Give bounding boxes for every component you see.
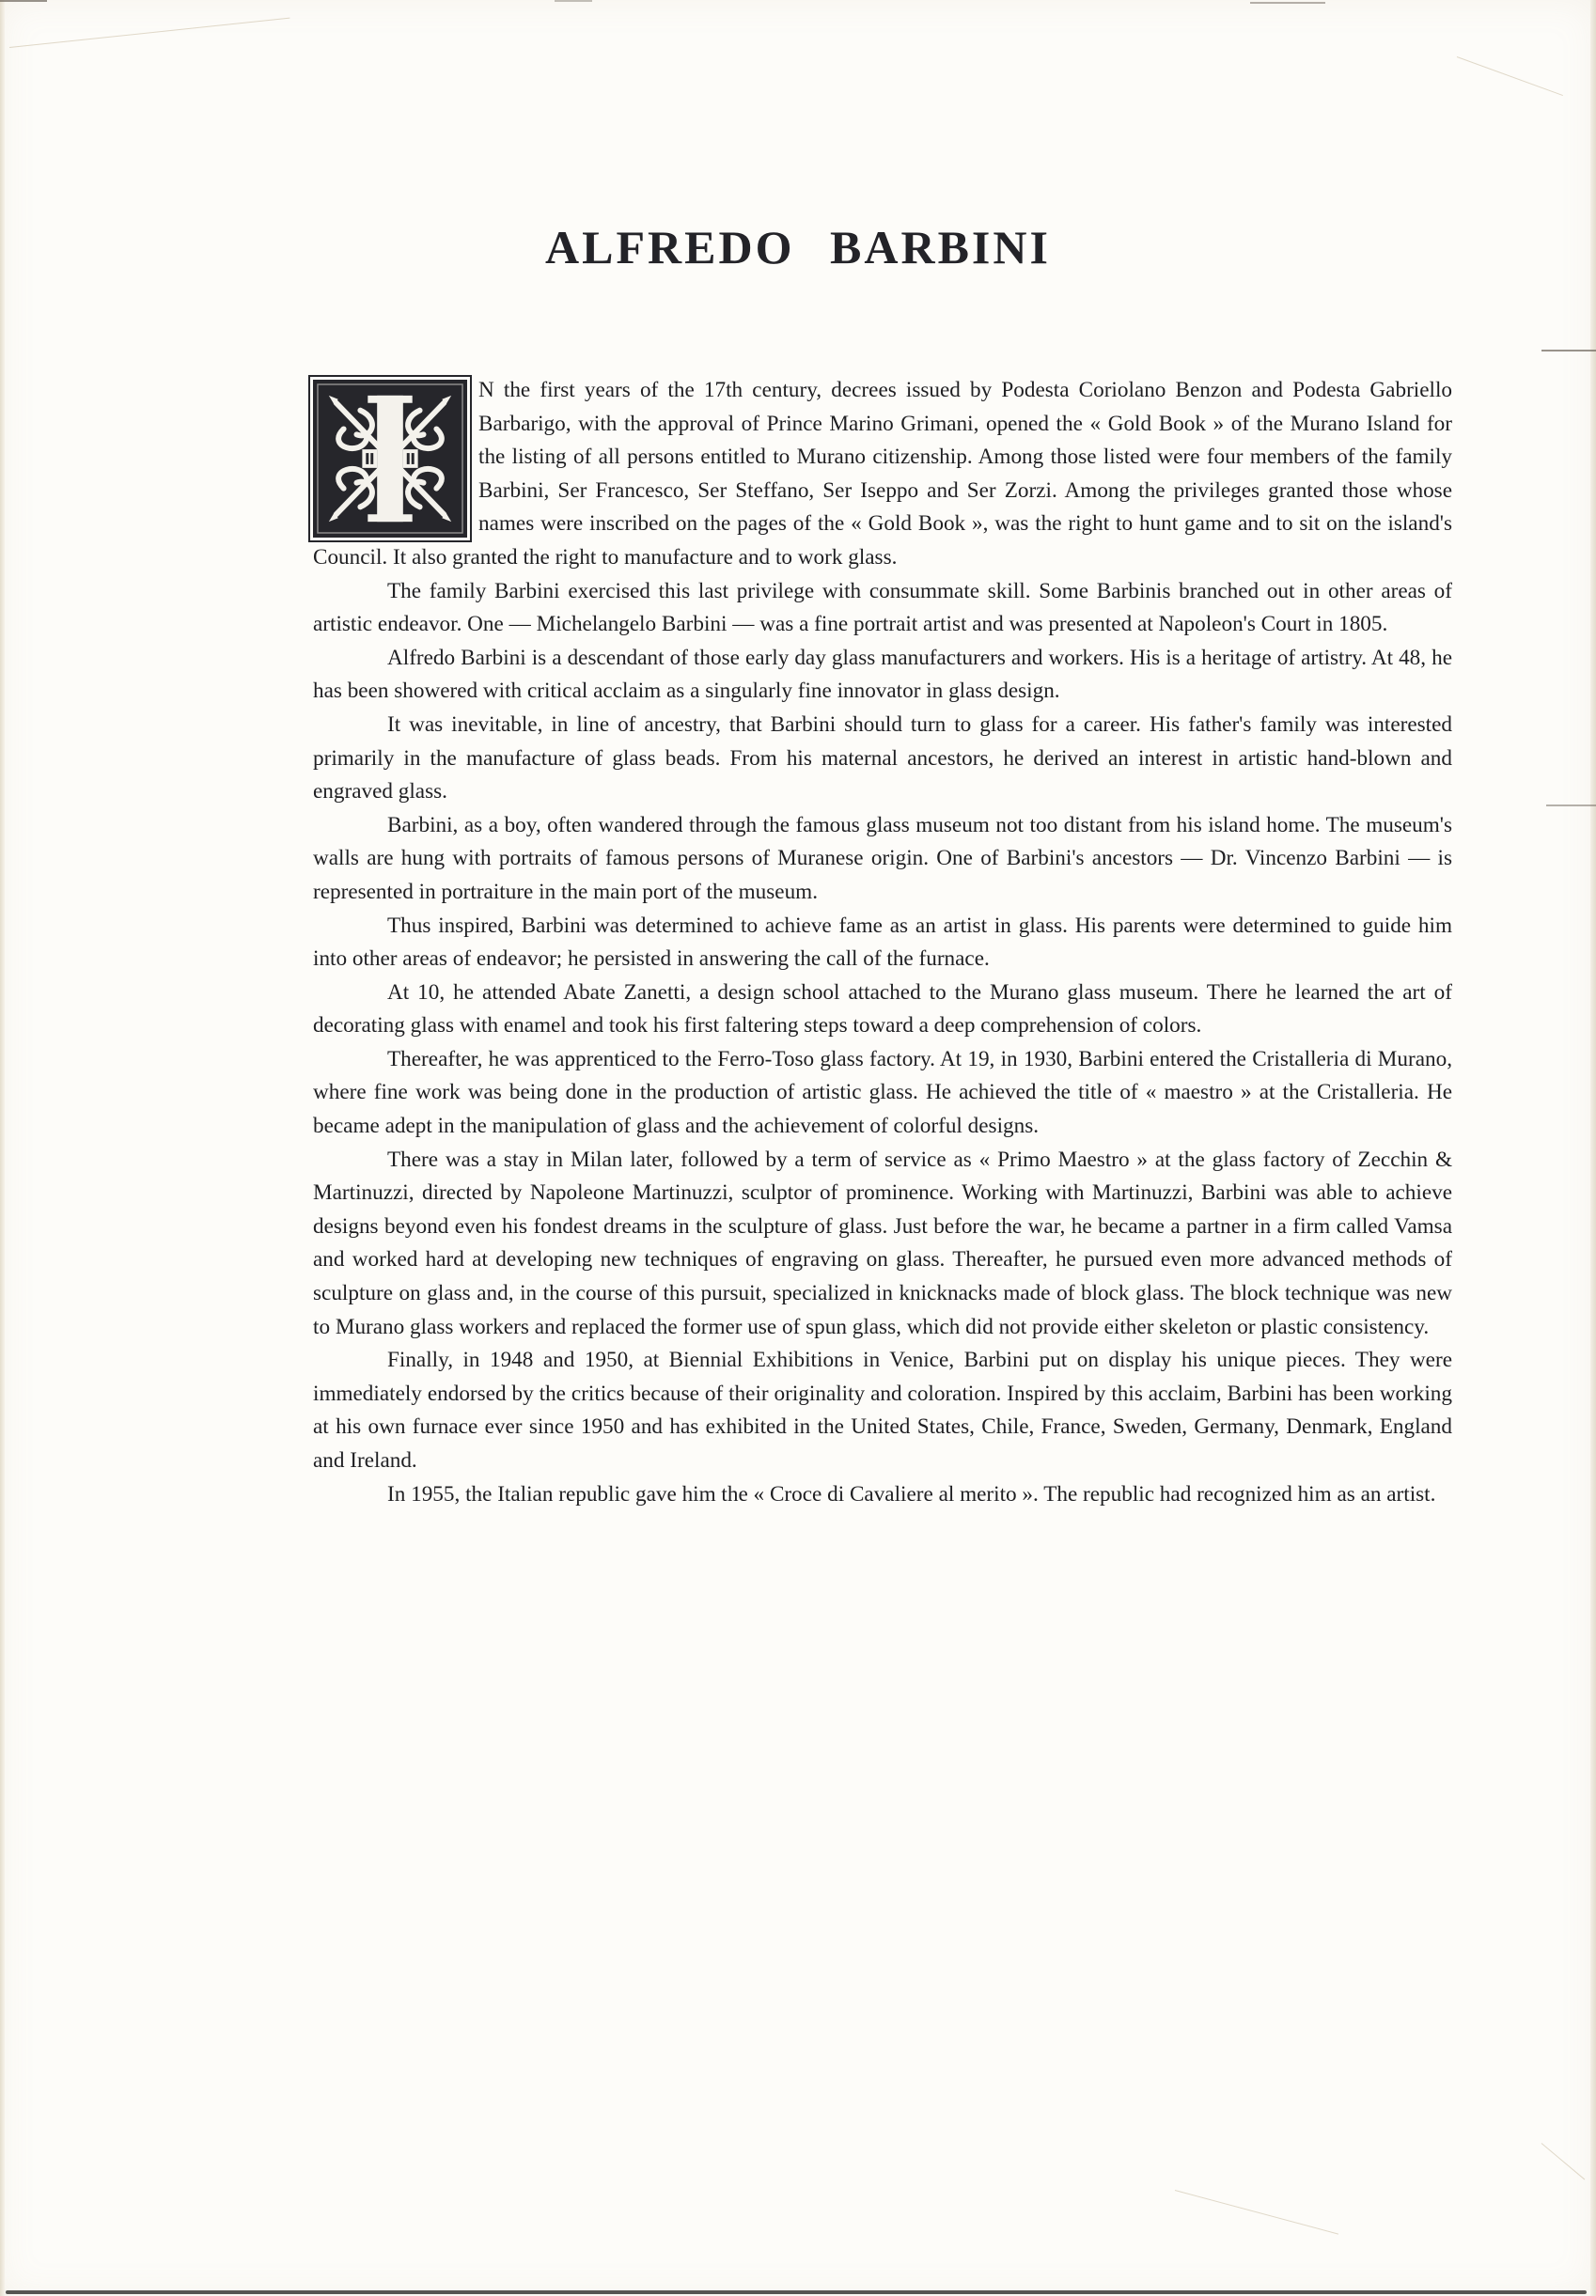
paper-tear-mark bbox=[1546, 804, 1596, 806]
paragraph: Thereafter, he was apprenticed to the Fe… bbox=[313, 1043, 1452, 1144]
paper-tear-mark bbox=[1541, 350, 1596, 351]
page-edge-right bbox=[1590, 0, 1596, 2296]
paragraph: There was a stay in Milan later, followe… bbox=[313, 1144, 1452, 1345]
paragraph-text: the first years of the 17th century, dec… bbox=[313, 378, 1452, 570]
paper-crease bbox=[1541, 2143, 1586, 2179]
document-page: ALFREDO BARBINI bbox=[0, 0, 1596, 2296]
paper-crease bbox=[1175, 2190, 1338, 2235]
paper-tear-mark bbox=[0, 0, 47, 2]
paragraph-lead: N bbox=[478, 378, 494, 402]
paragraph: Alfredo Barbini is a descendant of those… bbox=[313, 642, 1452, 709]
ornamental-initial-icon bbox=[313, 380, 467, 538]
article-body: N the first years of the 17th century, d… bbox=[313, 374, 1452, 1511]
paper-crease bbox=[1457, 56, 1563, 96]
paragraph: Barbini, as a boy, often wandered throug… bbox=[313, 809, 1452, 910]
paragraph: At 10, he attended Abate Zanetti, a desi… bbox=[313, 976, 1452, 1043]
paper-tear-mark bbox=[555, 0, 592, 2]
paragraph: In 1955, the Italian republic gave him t… bbox=[313, 1478, 1452, 1512]
paper-crease bbox=[9, 18, 289, 48]
paper-tear-mark bbox=[1250, 2, 1325, 4]
page-title: ALFREDO BARBINI bbox=[0, 220, 1596, 274]
page-edge-bottom bbox=[6, 2290, 1587, 2294]
paragraph: Thus inspired, Barbini was determined to… bbox=[313, 910, 1452, 976]
paragraph: The family Barbini exercised this last p… bbox=[313, 575, 1452, 642]
paragraph: Finally, in 1948 and 1950, at Biennial E… bbox=[313, 1344, 1452, 1477]
paragraph: It was inevitable, in line of ancestry, … bbox=[313, 709, 1452, 809]
page-edge-left bbox=[0, 0, 5, 2296]
paragraph: N the first years of the 17th century, d… bbox=[313, 374, 1452, 575]
